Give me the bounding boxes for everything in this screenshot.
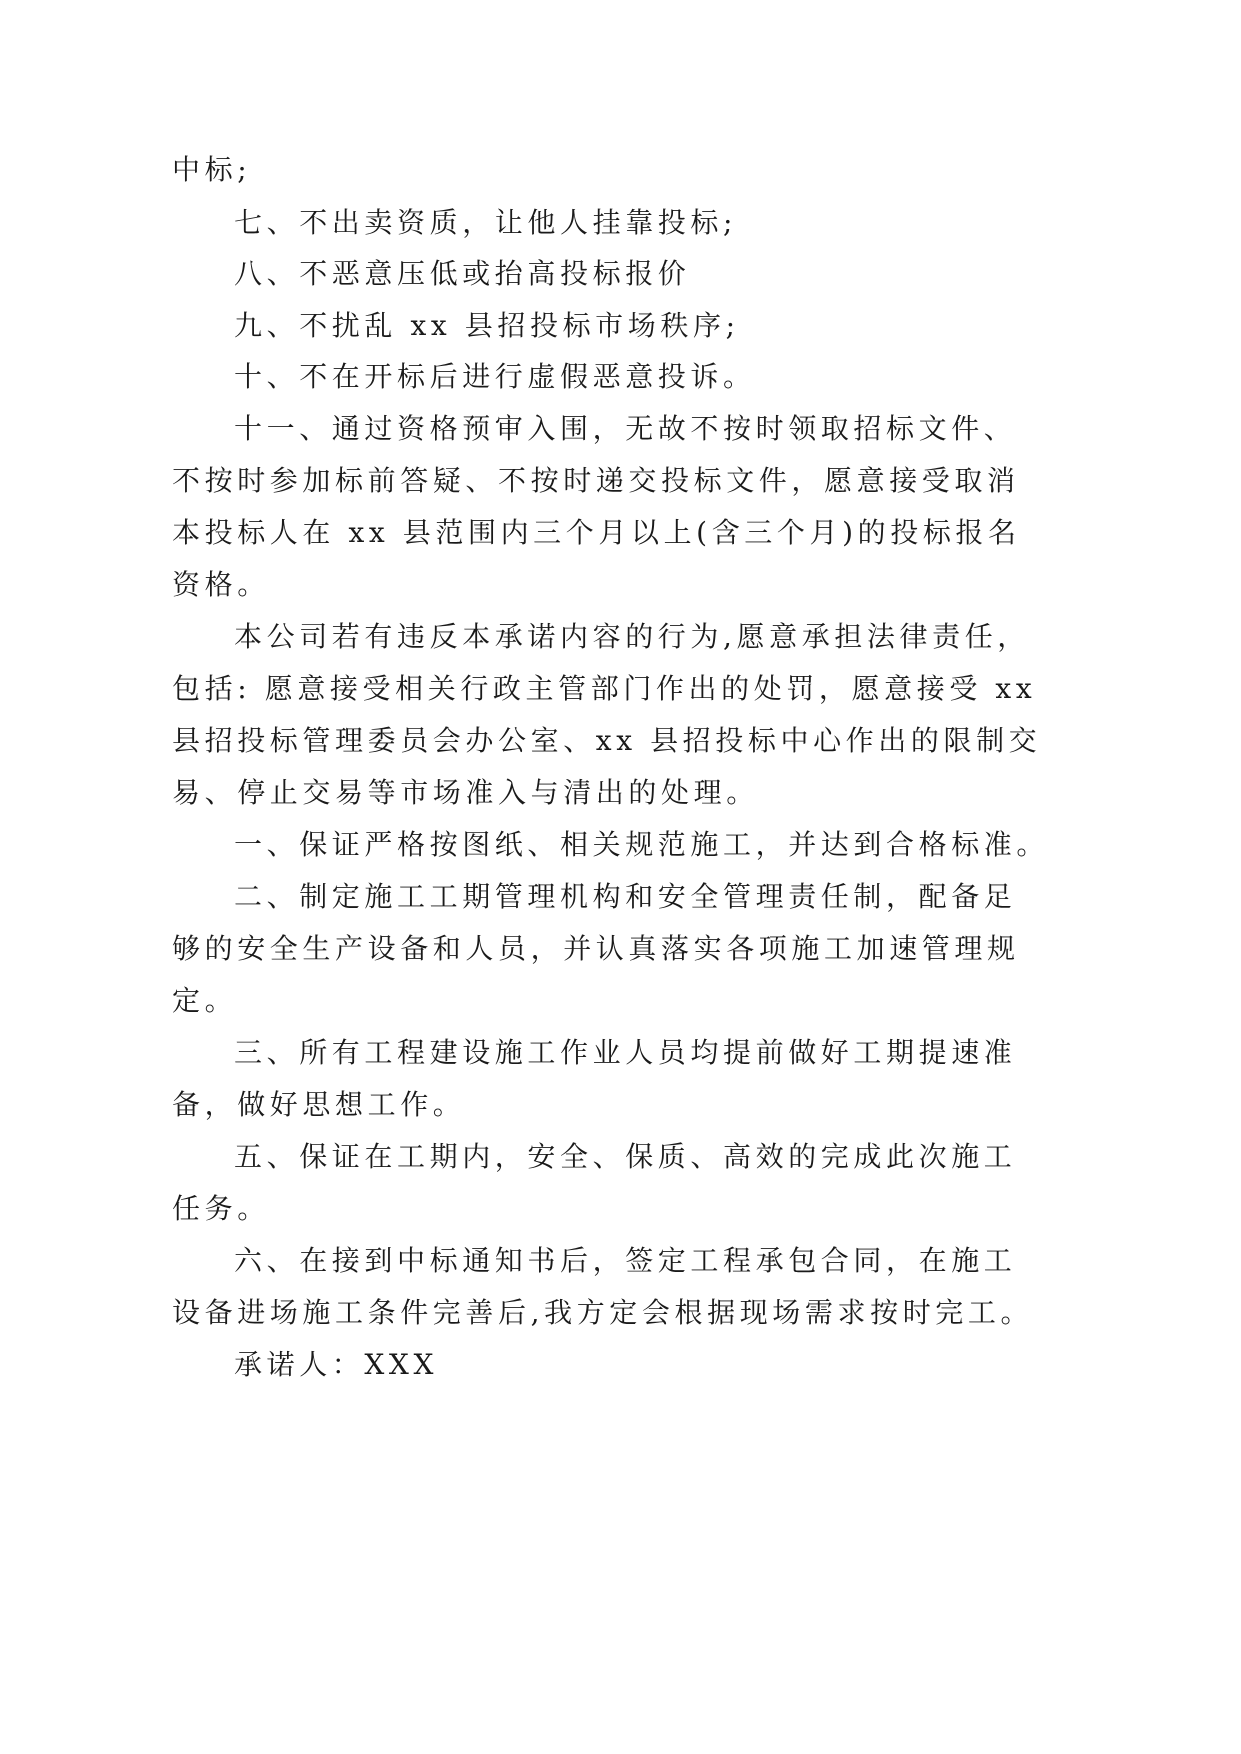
clause-11-line-2: 不按时参加标前答疑、不按时递交投标文件，愿意接受取消 [172, 461, 1020, 501]
clause-8: 八、不恶意压低或抬高投标报价 [234, 254, 690, 294]
commitment-6-line-1: 六、在接到中标通知书后，签定工程承包合同，在施工 [234, 1241, 1016, 1281]
liability-paragraph-line-4: 易、停止交易等市场准入与清出的处理。 [172, 773, 759, 813]
commitment-1: 一、保证严格按图纸、相关规范施工，并达到合格标准。 [234, 825, 1049, 865]
liability-paragraph-line-2: 包括: 愿意接受相关行政主管部门作出的处罚，愿意接受 xx [172, 669, 1036, 709]
clause-11-line-1: 十一、通过资格预审入围，无故不按时领取招标文件、 [234, 409, 1016, 449]
commitment-5-line-2: 任务。 [172, 1189, 270, 1229]
text-line-continuation-zhongbiao: 中标; [172, 150, 251, 190]
clause-11-line-3: 本投标人在 xx 县范围内三个月以上(含三个月)的投标报名 [172, 513, 1021, 553]
document-page: 中标; 七、不出卖资质，让他人挂靠投标; 八、不恶意压低或抬高投标报价 九、不扰… [0, 0, 1241, 1754]
commitment-3-line-1: 三、所有工程建设施工作业人员均提前做好工期提速准 [234, 1033, 1016, 1073]
liability-paragraph-line-3: 县招投标管理委员会办公室、xx 县招投标中心作出的限制交 [172, 721, 1041, 761]
clause-10: 十、不在开标后进行虚假恶意投诉。 [234, 357, 756, 397]
commitment-2-line-3: 定。 [172, 981, 237, 1021]
liability-paragraph-line-1: 本公司若有违反本承诺内容的行为,愿意承担法律责任， [234, 617, 1030, 657]
commitment-2-line-1: 二、制定施工工期管理机构和安全管理责任制，配备足 [234, 877, 1016, 917]
signatory-line: 承诺人：XXX [234, 1345, 438, 1385]
clause-7: 七、不出卖资质，让他人挂靠投标; [234, 203, 737, 243]
commitment-6-line-2: 设备进场施工条件完善后,我方定会根据现场需求按时完工。 [172, 1293, 1033, 1333]
commitment-3-line-2: 备，做好思想工作。 [172, 1085, 465, 1125]
clause-11-line-4: 资格。 [172, 565, 270, 605]
commitment-5-line-1: 五、保证在工期内，安全、保质、高效的完成此次施工 [234, 1137, 1016, 1177]
clause-9: 九、不扰乱 xx 县招投标市场秩序; [234, 306, 740, 346]
commitment-2-line-2: 够的安全生产设备和人员，并认真落实各项施工加速管理规 [172, 929, 1020, 969]
